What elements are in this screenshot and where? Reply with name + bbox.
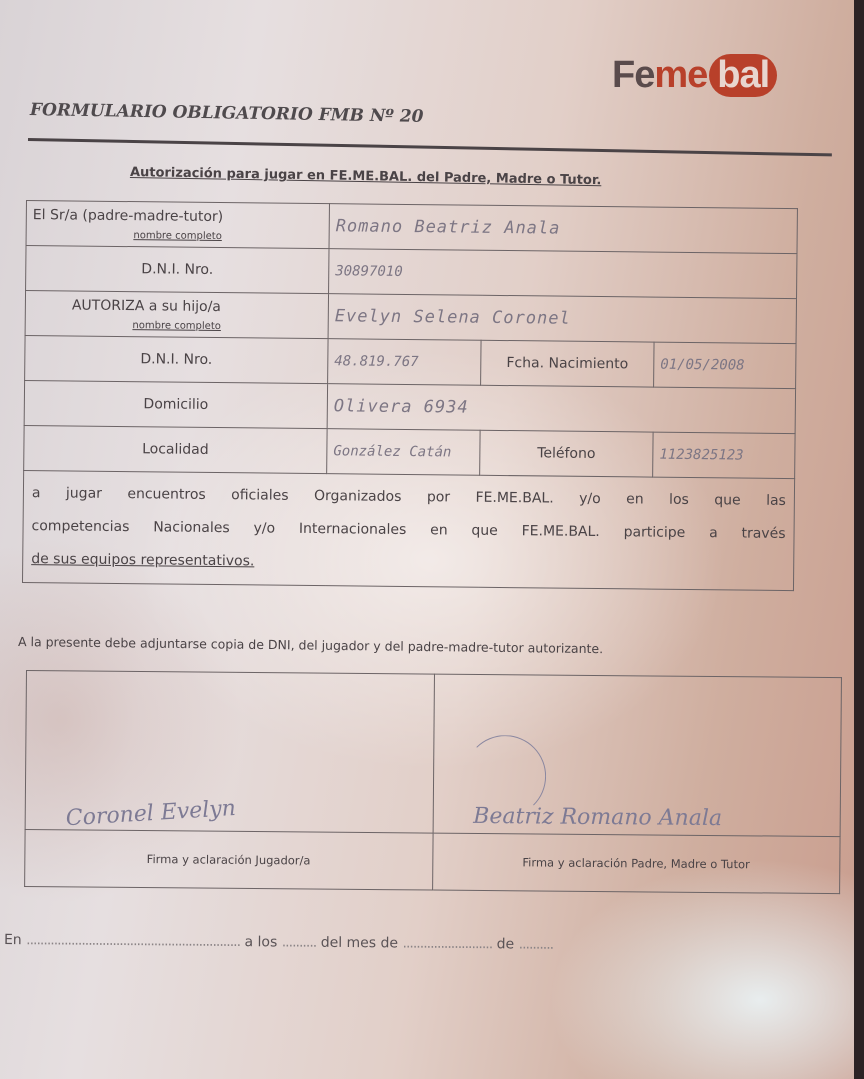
child-name-field[interactable]: Evelyn Selena Coronel [328, 294, 796, 344]
birth-date-value: 01/05/2008 [660, 357, 744, 374]
attachment-note: A la presente debe adjuntarse copia de D… [18, 634, 603, 656]
authorization-table: El Sr/a (padre-madre-tutor) nombre compl… [22, 200, 798, 591]
guardian-dni-row: D.N.I. Nro. 30897010 [26, 246, 797, 299]
address-row: Domicilio Olivera 6934 [24, 380, 795, 433]
address-label: Domicilio [24, 380, 327, 428]
address-value: Olivera 6934 [334, 396, 469, 417]
logo-badge-bal: bal [709, 54, 777, 97]
guardian-signature-caption: Firma y aclaración Padre, Madre o Tutor [432, 833, 840, 894]
guardian-name-field[interactable]: Romano Beatriz Anala [329, 204, 797, 254]
form-subtitle: Autorización para jugar en FE.ME.BAL. de… [130, 165, 602, 188]
child-name-value: Evelyn Selena Coronel [335, 306, 571, 328]
guardian-name-label: El Sr/a (padre-madre-tutor) nombre compl… [26, 201, 329, 249]
authorization-paragraph-row: a jugar encuentros oficiales Organizados… [22, 470, 794, 590]
authorization-paragraph: a jugar encuentros oficiales Organizados… [22, 470, 794, 590]
form-title: FORMULARIO OBLIGATORIO FMB Nº 20 [30, 100, 424, 127]
address-field[interactable]: Olivera 6934 [327, 384, 795, 434]
birth-date-field[interactable]: 01/05/2008 [654, 342, 796, 388]
locality-value: González Catán [333, 443, 451, 460]
child-sublabel-text: nombre completo [32, 319, 322, 333]
player-signature: Coronel Evelyn [65, 796, 236, 831]
guardian-name-row: El Sr/a (padre-madre-tutor) nombre compl… [26, 201, 797, 254]
guardian-label-text: El Sr/a (padre-madre-tutor) [33, 207, 323, 226]
guardian-dni-field[interactable]: 30897010 [329, 249, 797, 299]
year-blank[interactable]: .......... [519, 936, 554, 952]
child-dni-row: D.N.I. Nro. 48.819.767 Fcha. Nacimiento … [25, 335, 796, 388]
locality-row: Localidad González Catán Teléfono 112382… [24, 425, 795, 478]
phone-value: 1123825123 [659, 447, 743, 464]
place-blank[interactable]: ........................................… [26, 932, 240, 950]
phone-field[interactable]: 1123825123 [653, 432, 795, 478]
child-dni-label: D.N.I. Nro. [25, 335, 328, 383]
child-dni-field[interactable]: 48.819.767 [328, 339, 481, 386]
femebal-logo: Femebal [612, 54, 777, 97]
logo-text-me: me [654, 54, 707, 96]
child-name-label: AUTORIZA a su hijo/a nombre completo [25, 291, 328, 339]
title-divider [28, 138, 832, 156]
child-name-row: AUTORIZA a su hijo/a nombre completo Eve… [25, 291, 796, 344]
child-dni-value: 48.819.767 [334, 353, 418, 370]
guardian-signature-box[interactable]: Beatriz Romano Anala [433, 674, 842, 837]
date-label-a-los: a los [244, 934, 277, 950]
birth-date-label: Fcha. Nacimiento [481, 340, 654, 387]
guardian-dni-value: 30897010 [335, 263, 403, 280]
child-label-text: AUTORIZA a su hijo/a [32, 297, 322, 316]
guardian-dni-label: D.N.I. Nro. [26, 246, 329, 294]
guardian-signature: Beatriz Romano Anala [473, 804, 722, 831]
date-label-en: En [4, 932, 22, 948]
player-signature-caption: Firma y aclaración Jugador/a [25, 829, 433, 890]
locality-label: Localidad [24, 425, 327, 473]
date-label-de: de [497, 936, 515, 952]
day-blank[interactable]: .......... [282, 934, 317, 950]
player-signature-box[interactable]: Coronel Evelyn [25, 671, 434, 834]
page-edge [854, 0, 864, 1079]
guardian-name-value: Romano Beatriz Anala [336, 216, 561, 238]
logo-text-fe: Fe [612, 54, 654, 96]
signature-table: Coronel Evelyn Beatriz Romano Anala Firm… [24, 670, 842, 894]
phone-label: Teléfono [480, 430, 653, 477]
locality-field[interactable]: González Catán [327, 429, 480, 476]
date-label-del-mes-de: del mes de [321, 935, 398, 952]
guardian-sublabel-text: nombre completo [33, 229, 323, 243]
month-blank[interactable]: .......................... [402, 935, 492, 952]
date-place-line: En .....................................… [4, 932, 553, 953]
